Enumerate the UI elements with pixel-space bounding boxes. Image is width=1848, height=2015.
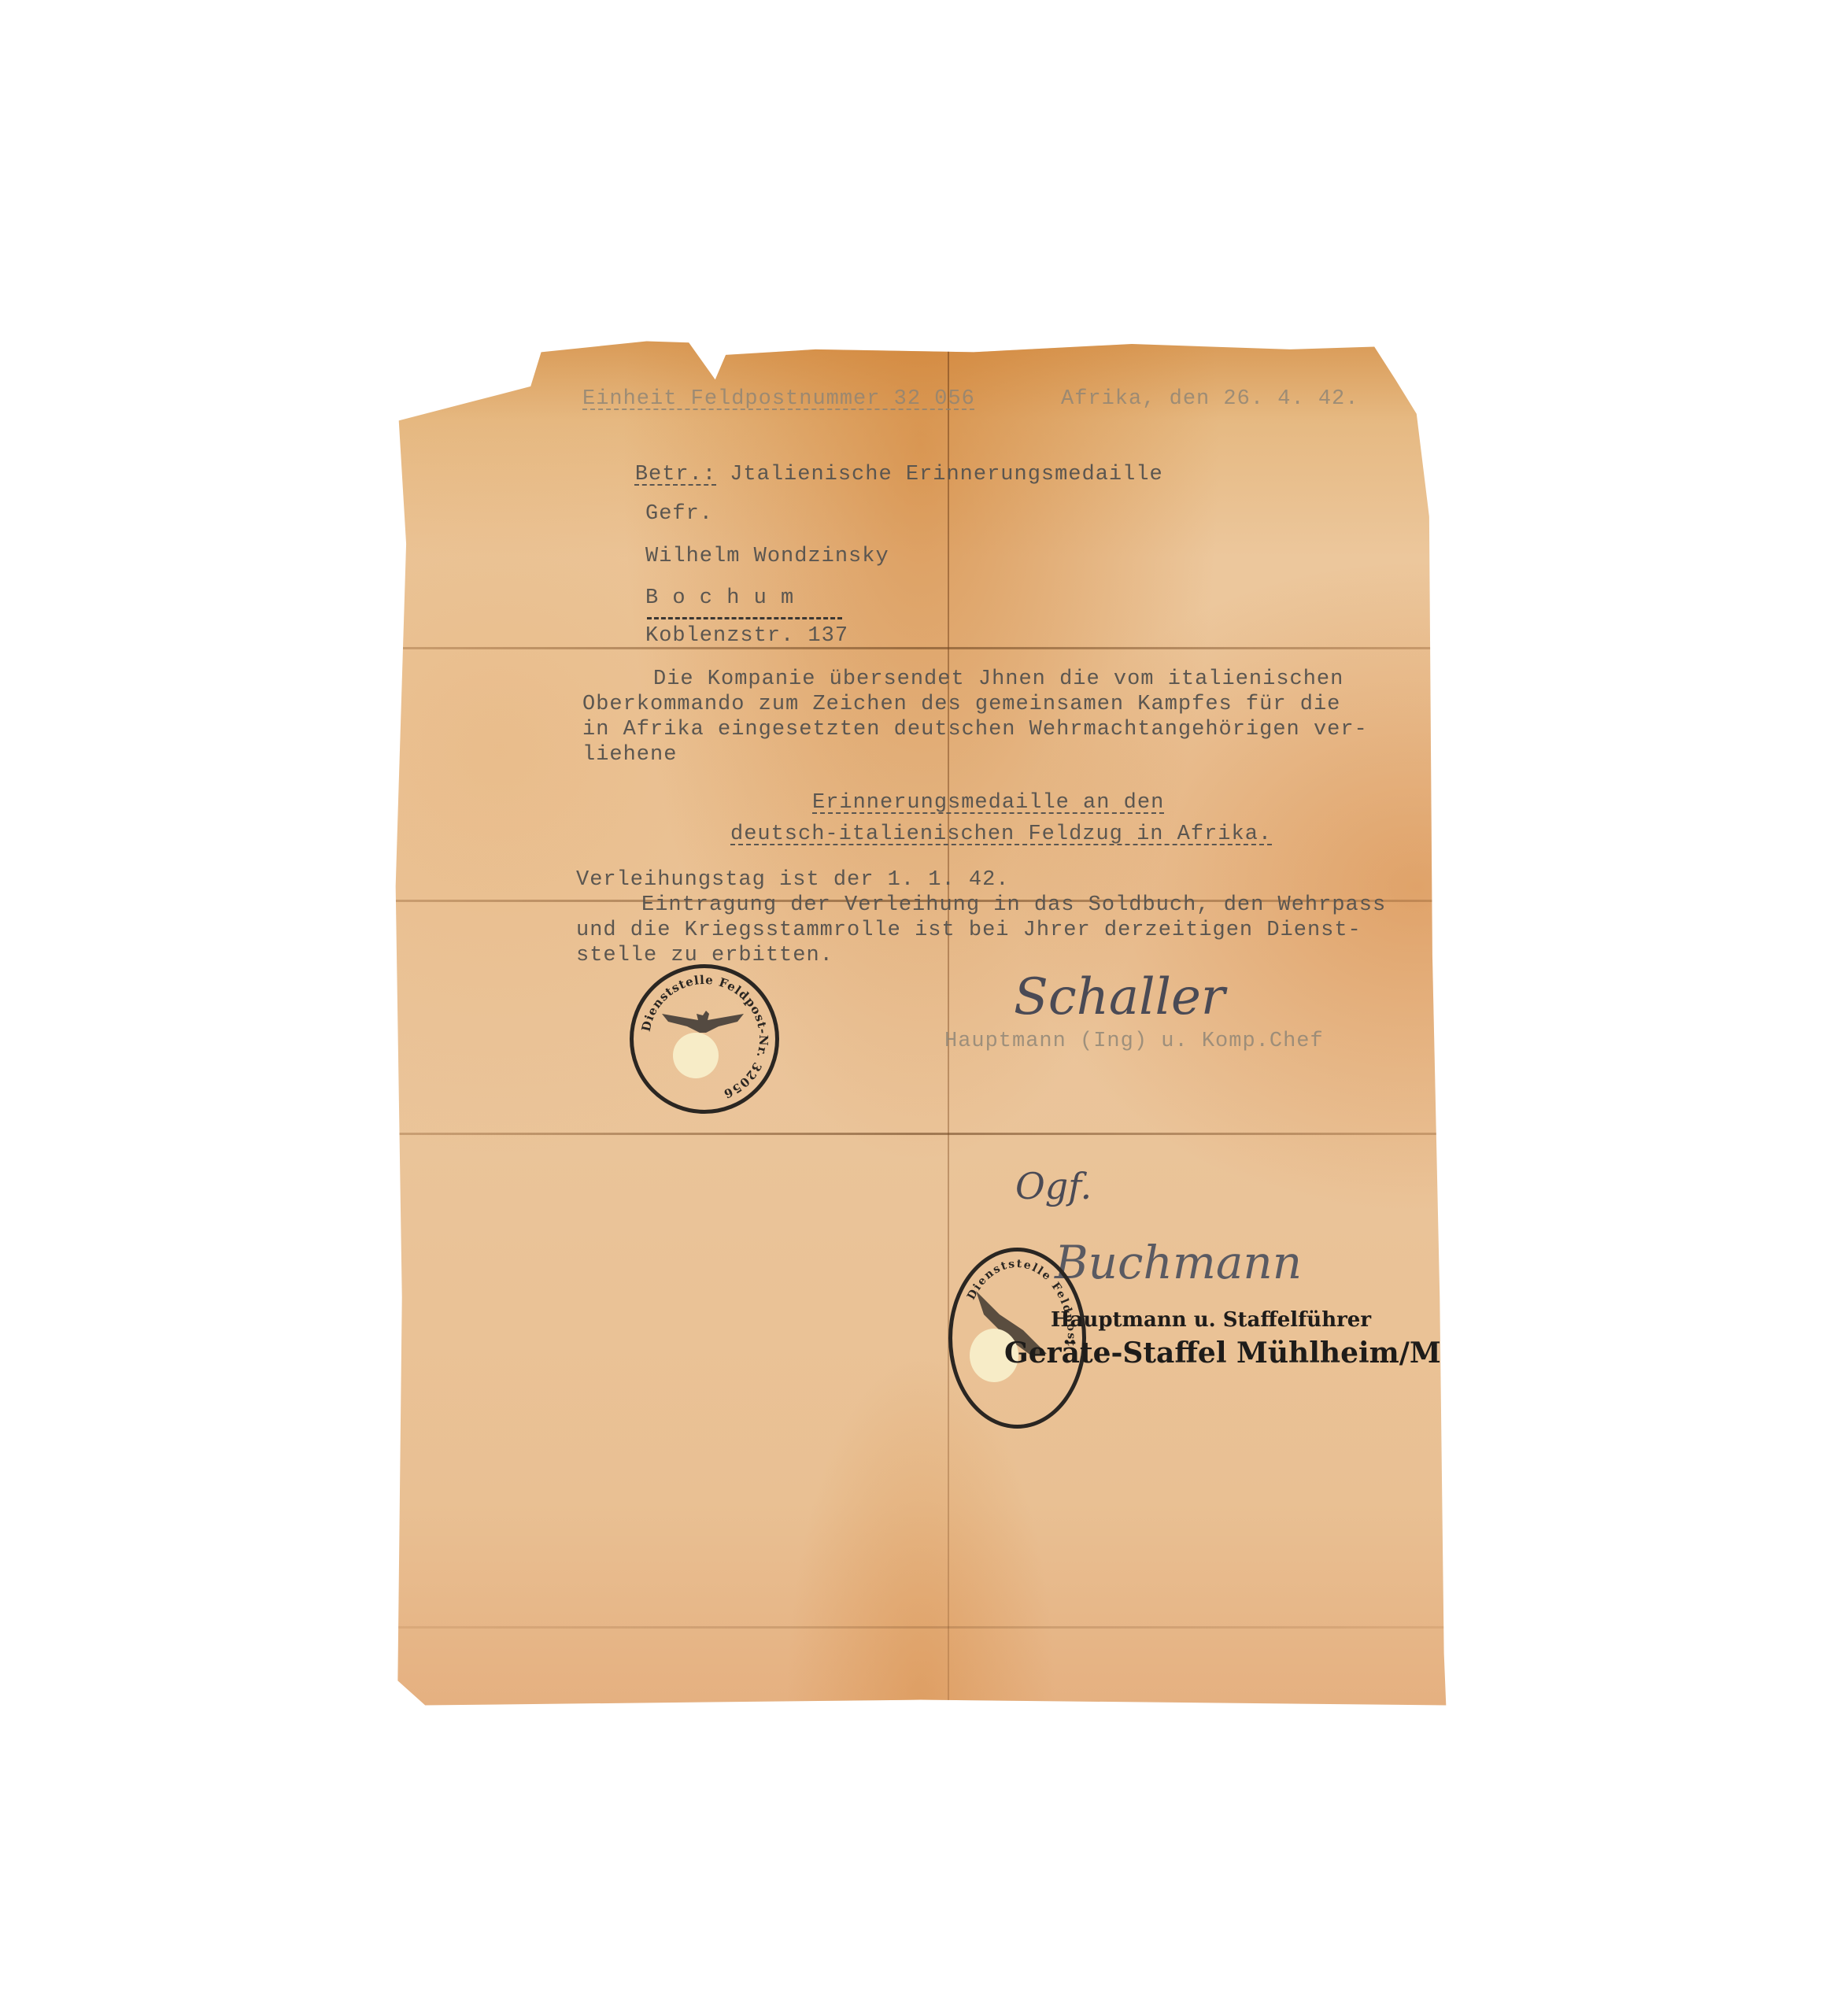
recipient-rank: Gefr. [645, 502, 713, 526]
stamp-line-rank: Hauptmann u. Staffelführer [1051, 1308, 1371, 1332]
medal-title-line-1: Erinnerungsmedaille an den [812, 791, 1164, 815]
body-line: und die Kriegsstammrolle ist bei Jhrer d… [576, 919, 1362, 942]
place-and-date: Afrika, den 26. 4. 42. [1061, 387, 1358, 411]
subject-line: Betr.: Jtalienische Erinnerungsmedaille [581, 439, 1163, 510]
official-stamp: Dienststelle Feldpost-Nr. 32056 [630, 964, 779, 1114]
signature-buchmann: Buchmann [1055, 1236, 1302, 1289]
signatory-title: Hauptmann (Ing) u. Komp.Chef [944, 1030, 1324, 1053]
body-line: Die Kompanie übersendet Jhnen die vom it… [653, 667, 1343, 691]
annotation-ogf: Ogf. [1015, 1165, 1092, 1207]
horizontal-fold-crease [394, 647, 1448, 649]
horizontal-fold-crease [394, 1626, 1448, 1629]
recipient-street: Koblenzstr. 137 [645, 624, 848, 648]
body-line: Oberkommando zum Zeichen des gemeinsamen… [582, 693, 1340, 716]
medal-title-line-2: deutsch-italienischen Feldzug in Afrika. [730, 823, 1272, 846]
award-date: Verleihungstag ist der 1. 1. 42. [576, 868, 1009, 892]
signature-schaller: Schaller [1014, 968, 1225, 1026]
stamp-line-unit: Geräte-Staffel Mühlheim/Main [1004, 1337, 1491, 1370]
body-line: in Afrika eingesetzten deutschen Wehrmac… [582, 718, 1368, 741]
horizontal-fold-crease [394, 1133, 1448, 1135]
subject-label: Betr.: [635, 463, 716, 486]
body-line: Eintragung der Verleihung in das Soldbuc… [641, 893, 1386, 917]
subject-text: Jtalienische Erinnerungsmedaille [730, 463, 1162, 486]
vertical-fold-crease [948, 338, 949, 1708]
document-sheet: Einheit Feldpostnummer 32 056 Afrika, de… [394, 338, 1448, 1708]
unit-field-post-number: Einheit Feldpostnummer 32 056 [582, 387, 975, 411]
stamp-center-disc [673, 1033, 719, 1078]
recipient-name: Wilhelm Wondzinsky [645, 545, 889, 568]
recipient-city: B o c h u m [645, 586, 794, 610]
body-line: liehene [582, 743, 677, 767]
city-underline [647, 617, 842, 619]
